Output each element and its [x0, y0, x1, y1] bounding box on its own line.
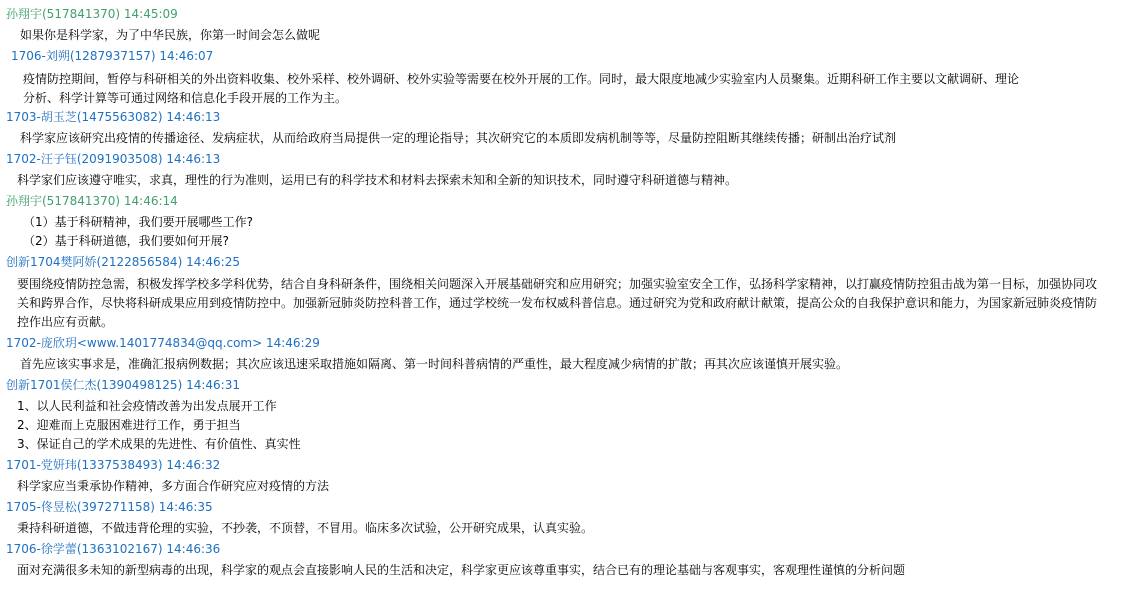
message-body: 疫情防控期间，暂停与科研相关的外出资料收集、校外采样、校外调研、校外实验等需要在…: [0, 66, 1126, 108]
message-text-line: 要围绕疫情防控急需，积极发挥学校多学科优势，结合自身科研条件，围绕相关问题深入开…: [17, 275, 1106, 294]
message-text-line: （2）基于科研道德，我们要如何开展?: [17, 232, 1106, 251]
message-sender-header[interactable]: 创新1704樊阿娇(2122856584) 14:46:25: [0, 253, 1126, 272]
message-sender-header[interactable]: 1705-佟昱松(397271158) 14:46:35: [0, 498, 1126, 517]
message-text-line: 疫情防控期间，暂停与科研相关的外出资料收集、校外采样、校外调研、校外实验等需要在…: [17, 70, 1106, 89]
message-body: 科学家应该研究出疫情的传播途径、发病症状，从而给政府当局提供一定的理论指导；其次…: [0, 127, 1126, 150]
chat-message: 1702-汪子钰(2091903508) 14:46:13 科学家们应该遵守唯实…: [0, 150, 1126, 192]
message-sender-header[interactable]: 1706-刘朔(1287937157) 14:46:07: [0, 47, 1126, 66]
chat-message: 创新1701侯仁杰(1390498125) 14:46:31 1、以人民利益和社…: [0, 376, 1126, 456]
message-text-line: 控作出应有贡献。: [17, 313, 1106, 332]
message-body: 首先应该实事求是，准确汇报病例数据；其次应该迅速采取措施如隔离、第一时间科普病情…: [0, 353, 1126, 376]
message-body: 科学家们应该遵守唯实，求真，理性的行为准则，运用已有的科学技术和材料去探索未知和…: [0, 169, 1126, 192]
message-body: 科学家应当秉承协作精神，多方面合作研究应对疫情的方法: [0, 475, 1126, 498]
message-text-line: 如果你是科学家，为了中华民族，你第一时间会怎么做呢: [17, 26, 1106, 45]
message-body: 秉持科研道德，不做违背伦理的实验，不抄袭，不顶替，不冒用。临床多次试验，公开研究…: [0, 517, 1126, 540]
message-sender-header[interactable]: 1702-汪子钰(2091903508) 14:46:13: [0, 150, 1126, 169]
message-text-line: 秉持科研道德，不做违背伦理的实验，不抄袭，不顶替，不冒用。临床多次试验，公开研究…: [17, 519, 1106, 538]
message-body: 1、以人民利益和社会疫情改善为出发点展开工作 2、迎难而上克服困难进行工作，勇于…: [0, 395, 1126, 456]
chat-message: 1706-徐学蕾(1363102167) 14:46:36 面对充满很多未知的新…: [0, 540, 1126, 582]
chat-message: 创新1704樊阿娇(2122856584) 14:46:25 要围绕疫情防控急需…: [0, 253, 1126, 334]
message-text-line: 科学家们应该遵守唯实，求真，理性的行为准则，运用已有的科学技术和材料去探索未知和…: [17, 171, 1106, 190]
message-body: （1）基于科研精神，我们要开展哪些工作? （2）基于科研道德，我们要如何开展?: [0, 211, 1126, 253]
chat-message: 孙翔宇(517841370) 14:46:14 （1）基于科研精神，我们要开展哪…: [0, 192, 1126, 253]
message-text-line: 面对充满很多未知的新型病毒的出现，科学家的观点会直接影响人民的生活和决定，科学家…: [17, 561, 1106, 580]
chat-message: 1706-刘朔(1287937157) 14:46:07 疫情防控期间，暂停与科…: [0, 47, 1126, 108]
message-body: 面对充满很多未知的新型病毒的出现，科学家的观点会直接影响人民的生活和决定，科学家…: [0, 559, 1126, 582]
chat-message: 1702-庞欣玥<www.1401774834@qq.com> 14:46:29…: [0, 334, 1126, 376]
message-text-line: 科学家应当秉承协作精神，多方面合作研究应对疫情的方法: [17, 477, 1106, 496]
message-text-line: 科学家应该研究出疫情的传播途径、发病症状，从而给政府当局提供一定的理论指导；其次…: [17, 129, 1106, 148]
message-body: 要围绕疫情防控急需，积极发挥学校多学科优势，结合自身科研条件，围绕相关问题深入开…: [0, 272, 1126, 334]
message-text-line: 关和跨界合作，尽快将科研成果应用到疫情防控中。加强新冠肺炎防控科普工作，通过学校…: [17, 294, 1106, 313]
message-sender-header[interactable]: 1706-徐学蕾(1363102167) 14:46:36: [0, 540, 1126, 559]
message-sender-header[interactable]: 1701-党妍玮(1337538493) 14:46:32: [0, 456, 1126, 475]
chat-message: 1705-佟昱松(397271158) 14:46:35 秉持科研道德，不做违背…: [0, 498, 1126, 540]
message-text-line: 3、保证自己的学术成果的先进性、有价值性、真实性: [17, 435, 1106, 454]
message-sender-header[interactable]: 创新1701侯仁杰(1390498125) 14:46:31: [0, 376, 1126, 395]
message-text-line: 分析、科学计算等可通过网络和信息化手段开展的工作为主。: [17, 89, 1106, 108]
message-text-line: 1、以人民利益和社会疫情改善为出发点展开工作: [17, 397, 1106, 416]
message-sender-header[interactable]: 孙翔宇(517841370) 14:46:14: [0, 192, 1126, 211]
message-body: 如果你是科学家，为了中华民族，你第一时间会怎么做呢: [0, 24, 1126, 47]
message-text-line: 2、迎难而上克服困难进行工作，勇于担当: [17, 416, 1106, 435]
message-sender-header[interactable]: 1702-庞欣玥<www.1401774834@qq.com> 14:46:29: [0, 334, 1126, 353]
chat-message: 孙翔宇(517841370) 14:45:09 如果你是科学家，为了中华民族，你…: [0, 5, 1126, 47]
message-text-line: 首先应该实事求是，准确汇报病例数据；其次应该迅速采取措施如隔离、第一时间科普病情…: [17, 355, 1106, 374]
chat-message: 1703-胡玉芝(1475563082) 14:46:13 科学家应该研究出疫情…: [0, 108, 1126, 150]
message-sender-header[interactable]: 1703-胡玉芝(1475563082) 14:46:13: [0, 108, 1126, 127]
chat-message-log: 孙翔宇(517841370) 14:45:09 如果你是科学家，为了中华民族，你…: [0, 0, 1126, 582]
message-sender-header[interactable]: 孙翔宇(517841370) 14:45:09: [0, 5, 1126, 24]
chat-message: 1701-党妍玮(1337538493) 14:46:32 科学家应当秉承协作精…: [0, 456, 1126, 498]
message-text-line: （1）基于科研精神，我们要开展哪些工作?: [17, 213, 1106, 232]
